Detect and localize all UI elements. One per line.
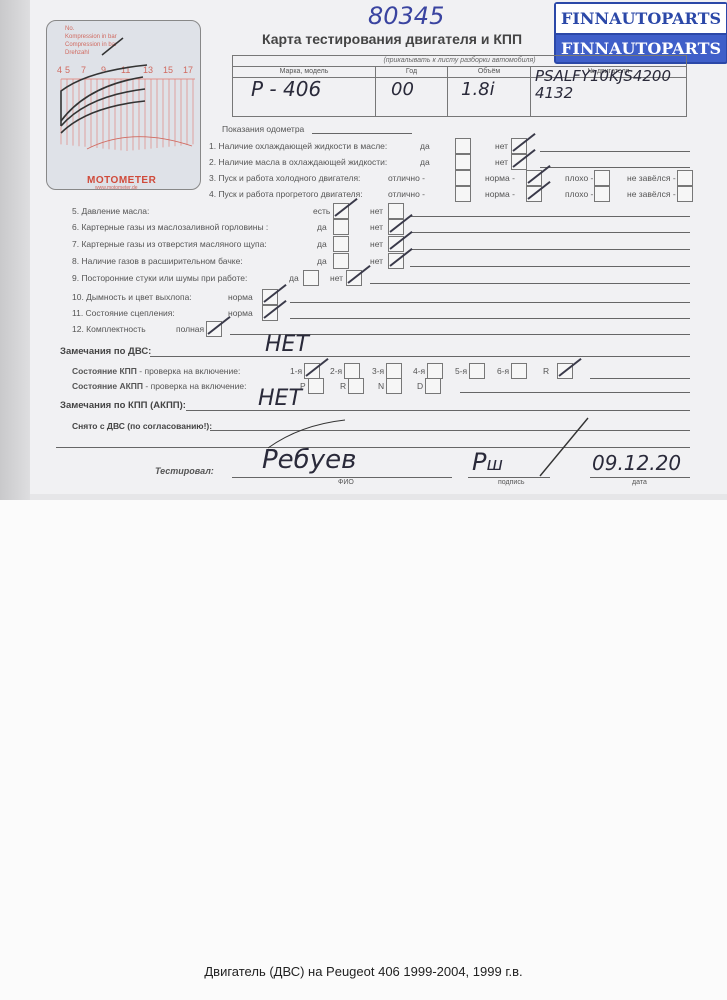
checkbox-5-2[interactable] (388, 203, 404, 219)
motometer-website: www.motometer.de (95, 185, 138, 191)
option-label: нет (370, 256, 383, 266)
option-label: нет (495, 141, 508, 151)
date-caption: дата (632, 479, 647, 486)
image-caption: Двигатель (ДВС) на Peugeot 406 1999-2004… (0, 964, 727, 979)
header-volume: Объём (448, 67, 530, 78)
checklist-item-label: 3. Пуск и работа холодного двигателя: (209, 173, 360, 183)
option-label: да (420, 141, 430, 151)
gearbox-remarks-value: НЕТ (258, 386, 302, 411)
vehicle-info-table: (прикалывать к листу разборки автомобиля… (232, 55, 687, 117)
option-label: нет (370, 222, 383, 232)
engine-remarks-value: НЕТ (265, 332, 309, 357)
option-label: плохо - (565, 173, 593, 183)
gear-checkbox-3-я[interactable] (386, 363, 402, 379)
gear-checkbox-6-я[interactable] (511, 363, 527, 379)
checkbox-7-1[interactable] (333, 236, 349, 252)
value-year: 00 (391, 79, 414, 100)
option-label: полная (176, 324, 204, 334)
tested-by-label: Тестировал: (155, 466, 214, 476)
tester-name: Ребуев (262, 445, 356, 475)
gear-label: 2-я (330, 366, 342, 376)
value-engine-number: PSALFY10KJS4200 4132 (535, 68, 685, 102)
gear-checkbox-5-я[interactable] (469, 363, 485, 379)
auto-gearbox-label: Состояние АКПП - проверка на включение: (72, 381, 246, 391)
checkbox-6-1[interactable] (333, 219, 349, 235)
test-date: 09.12.20 (592, 451, 681, 475)
checkbox-8-1[interactable] (333, 253, 349, 269)
option-label: есть (313, 206, 330, 216)
gearbox-remarks-label: Замечания по КПП (АКПП): (60, 400, 186, 411)
checklist-item-label: 9. Посторонние стуки или шумы при работе… (72, 273, 247, 283)
checklist-item-label: 12. Комплектность (72, 324, 146, 334)
checklist-item-label: 10. Дымность и цвет выхлопа: (72, 292, 192, 302)
removed-label: Снято с ДВС (по согласованию!): (72, 421, 212, 431)
signature-caption: подпись (498, 479, 524, 486)
option-label: нет (370, 206, 383, 216)
checkbox-4-1[interactable] (455, 186, 471, 202)
gear-label: R (543, 366, 549, 376)
motometer-chart (47, 21, 200, 189)
option-label: не завёлся - (627, 173, 676, 183)
header-year: Год (376, 67, 447, 78)
checklist-item-label: 8. Наличие газов в расширительном бачке: (72, 256, 243, 266)
option-label: не завёлся - (627, 189, 676, 199)
checklist-item-label: 11. Состояние сцепления: (72, 308, 175, 318)
checkbox-3-1[interactable] (455, 170, 471, 186)
auto-gear-checkbox-D[interactable] (425, 378, 441, 394)
checkbox-1-1[interactable] (455, 138, 471, 154)
checklist-item-label: 6. Картерные газы из маслозаливной горло… (72, 222, 268, 232)
table-subtitle: (прикалывать к листу разборки автомобиля… (233, 56, 686, 67)
checklist-item-label: 5. Давление масла: (72, 206, 149, 216)
fio-caption: ФИО (338, 479, 354, 486)
scanned-document: No. Kompression in bar Compression in ba… (0, 0, 727, 500)
manual-gearbox-label: Состояние КПП - проверка на включение: (72, 366, 240, 376)
option-label: плохо - (565, 189, 593, 199)
handwritten-card-number: 80345 (368, 2, 444, 30)
engine-remarks-label: Замечания по ДВС: (60, 346, 151, 357)
gear-checkbox-2-я[interactable] (344, 363, 360, 379)
auto-gear-label: N (378, 381, 384, 391)
option-label: норма - (485, 173, 515, 183)
checklist-item-label: 7. Картерные газы из отверстия масляного… (72, 239, 267, 249)
checkbox-3-4[interactable] (677, 170, 693, 186)
option-label: нет (495, 157, 508, 167)
checkbox-9-1[interactable] (303, 270, 319, 286)
option-label: норма (228, 292, 253, 302)
checklist-item-label: 4. Пуск и работа прогретого двигателя: (209, 189, 363, 199)
option-label: норма - (485, 189, 515, 199)
option-label: нет (370, 239, 383, 249)
auto-gear-checkbox-P[interactable] (308, 378, 324, 394)
gear-checkbox-4-я[interactable] (427, 363, 443, 379)
gear-label: 3-я (372, 366, 384, 376)
option-label: отлично - (388, 189, 425, 199)
checklist-item-label: 2. Наличие масла в охлаждающей жидкости: (209, 157, 387, 167)
logo-text-top: FINNAUTOPARTS (556, 4, 726, 35)
option-label: да (289, 273, 299, 283)
checkbox-3-3[interactable] (594, 170, 610, 186)
gear-label: 5-я (455, 366, 467, 376)
gear-label: 1-я (290, 366, 302, 376)
checkbox-2-1[interactable] (455, 154, 471, 170)
option-label: да (420, 157, 430, 167)
paper-edge (0, 0, 30, 500)
motometer-compression-card: No. Kompression in bar Compression in ba… (46, 20, 201, 190)
option-label: норма (228, 308, 253, 318)
auto-gear-checkbox-N[interactable] (386, 378, 402, 394)
card-title: Карта тестирования двигателя и КПП (262, 31, 522, 47)
value-volume: 1.8i (461, 79, 495, 100)
checklist-item-label: 1. Наличие охлаждающей жидкости в масле: (209, 141, 387, 151)
value-make-model: P - 406 (251, 77, 321, 101)
option-label: да (317, 256, 327, 266)
option-label: отлично - (388, 173, 425, 183)
auto-gear-label: D (417, 381, 423, 391)
option-label: да (317, 222, 327, 232)
gear-label: 4-я (413, 366, 425, 376)
option-label: нет (330, 273, 343, 283)
odometer-label: Показания одометра (222, 124, 304, 134)
checkbox-4-4[interactable] (677, 186, 693, 202)
auto-gear-label: R (340, 381, 346, 391)
option-label: да (317, 239, 327, 249)
auto-gear-checkbox-R[interactable] (348, 378, 364, 394)
checkbox-4-3[interactable] (594, 186, 610, 202)
gear-label: 6-я (497, 366, 509, 376)
